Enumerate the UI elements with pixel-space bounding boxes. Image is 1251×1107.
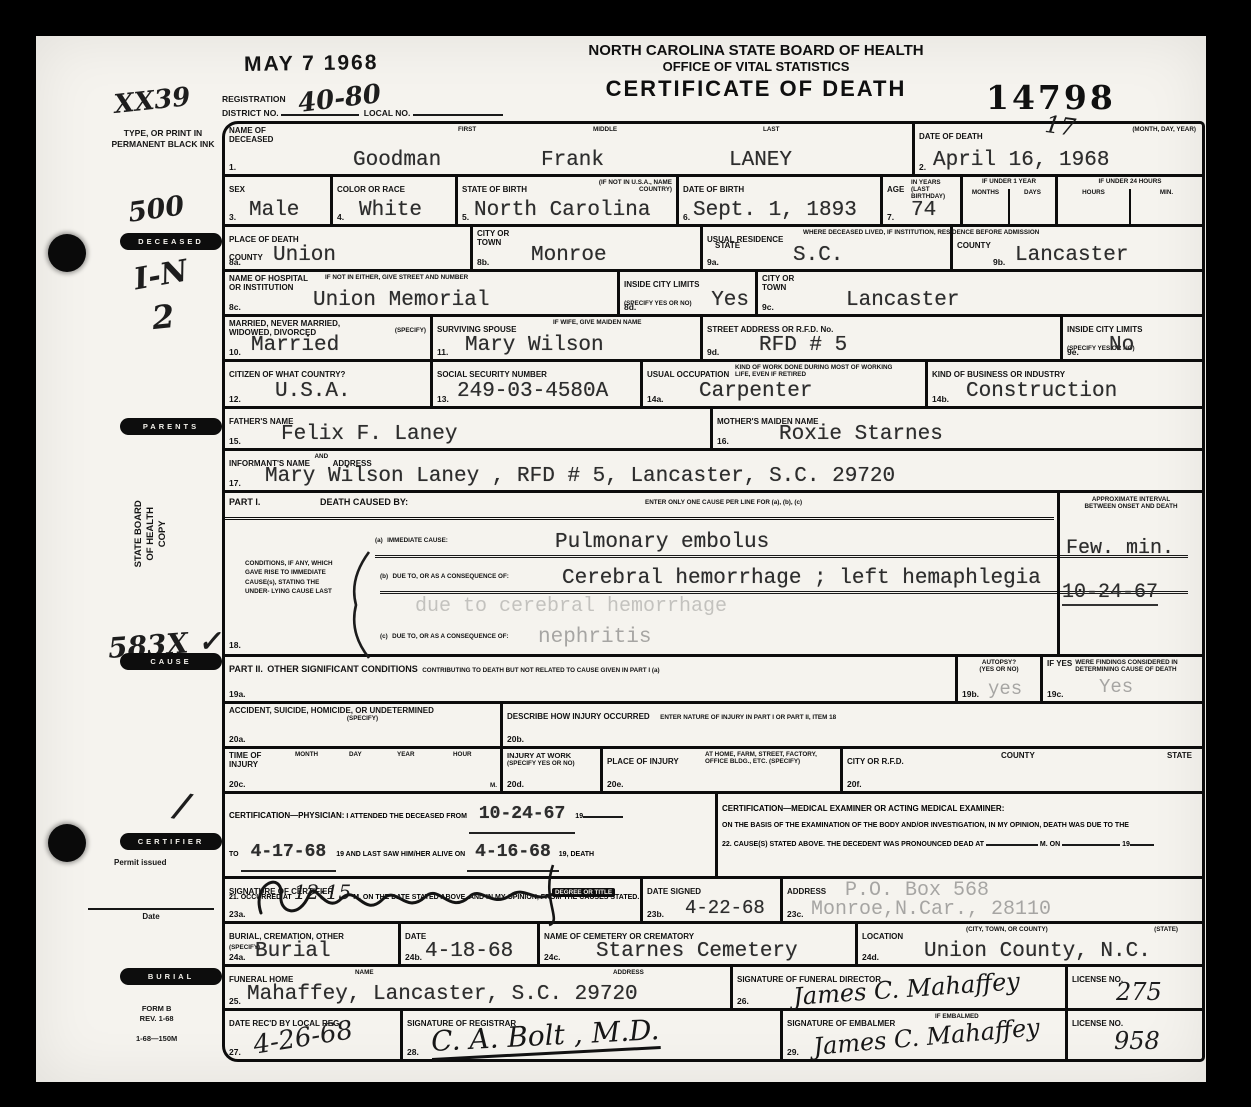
field-other-conditions: PART II. OTHER SIGNIFICANT CONDITIONS CO… [225, 657, 958, 701]
field-surviving-spouse: SURVIVING SPOUSE IF WIFE, GIVE MAIDEN NA… [433, 317, 703, 359]
field-informant: INFORMANT'S NAME AND ADDRESS 17. Mary Wi… [225, 451, 1202, 490]
field-age: AGE IN YEARS (LAST BIRTHDAY) 7. 74 [883, 177, 963, 224]
row-signature: SIGNATURE OF CERTIFIER 23a. DEGREE OR TI… [225, 879, 1202, 924]
field-if-under-24-hours: IF UNDER 24 HOURS HOURS MIN. [1058, 177, 1202, 224]
value-interval-a: Few. min. [1066, 537, 1174, 560]
value-funeral-home: Mahaffey, Lancaster, S.C. 29720 [247, 983, 638, 1006]
value-embalmer-license: 958 [1114, 1027, 1160, 1055]
value-state-of-birth: North Carolina [474, 199, 650, 222]
field-name-of-deceased: NAME OF DECEASED FIRST MIDDLE LAST 1. Go… [225, 124, 915, 174]
row-sex-birth: SEX3. Male COLOR OR RACE4. White STATE O… [225, 177, 1202, 227]
field-registrar-signature: SIGNATURE OF REGISTRAR 28. C. A. Bolt , … [403, 1011, 783, 1059]
punch-hole-top [48, 234, 86, 272]
date-line-label: Date [88, 908, 214, 921]
value-race: White [359, 199, 422, 222]
value-residence-city: Lancaster [846, 289, 959, 312]
interval-column: APPROXIMATE INTERVAL BETWEEN ONSET AND D… [1057, 493, 1202, 654]
form-number: FORM BREV. 1-681-68—150M [136, 1004, 177, 1045]
field-funeral-director-signature: SIGNATURE OF FUNERAL DIRECTOR 26. James … [733, 967, 1068, 1008]
field-residence-county: COUNTY 9b. Lancaster [953, 227, 1202, 269]
row-registrar: DATE REC'D BY LOCAL REG. 27. 4-26-68 SIG… [225, 1011, 1202, 1059]
field-occupation: USUAL OCCUPATION KIND OF WORK DONE DURIN… [643, 362, 928, 406]
value-director-license: 275 [1116, 978, 1162, 1006]
value-death-city: Monroe [531, 244, 607, 267]
org-name: NORTH CAROLINA STATE BOARD OF HEALTH [506, 42, 1006, 59]
value-residence-county: Lancaster [1015, 244, 1128, 267]
value-citizen: U.S.A. [275, 380, 351, 403]
value-last-name: LANEY [729, 149, 792, 172]
document-title-block: NORTH CAROLINA STATE BOARD OF HEALTH OFF… [506, 42, 1006, 102]
value-father-name: Felix F. Laney [281, 423, 457, 446]
row-funeral-home: FUNERAL HOME NAME ADDRESS 25. Mahaffey, … [225, 967, 1202, 1011]
field-certifier-address: ADDRESS 23c. P.O. Box 568 Monroe,N.Car.,… [783, 879, 1202, 921]
row-accident: ACCIDENT, SUICIDE, HOMICIDE, OR UNDETERM… [225, 704, 1202, 749]
handwritten-2: 2 [150, 297, 176, 337]
office-name: OFFICE OF VITAL STATISTICS [506, 59, 1006, 74]
value-cemetery: Starnes Cemetery [596, 940, 798, 963]
field-director-license: LICENSE NO. 275 [1068, 967, 1202, 1008]
row-burial: BURIAL, CREMATION, OTHER (SPECIFY) 24a. … [225, 924, 1202, 967]
value-certifier-address-2: Monroe,N.Car., 28110 [811, 898, 1051, 921]
value-burial-date: 4-18-68 [425, 940, 513, 963]
handwritten-xx39: XX39 [113, 82, 192, 120]
value-informant: Mary Wilson Laney , RFD # 5, Lancaster, … [265, 465, 895, 488]
value-date-of-death: April 16, 1968 [933, 149, 1109, 172]
field-race: COLOR OR RACE4. White [333, 177, 458, 224]
value-date-of-birth: Sept. 1, 1893 [693, 199, 857, 222]
field-injury-at-work: INJURY AT WORK (SPECIFY YES OR NO) 20d. [503, 749, 603, 791]
field-state-of-birth: STATE OF BIRTH (IF NOT IN U.S.A., NAME C… [458, 177, 679, 224]
field-findings-considered: IF YES WERE FINDINGS CONSIDERED IN DETER… [1043, 657, 1202, 701]
value-death-county: Union [273, 244, 336, 267]
field-date-received: DATE REC'D BY LOCAL REG. 27. 4-26-68 [225, 1011, 403, 1059]
value-cause-b: Cerebral hemorrhage ; left hemaphlegia [562, 567, 1041, 590]
part1-header: PART I. DEATH CAUSED BY: ENTER ONLY ONE … [225, 493, 1054, 520]
field-residence-state: USUAL RESIDENCE WHERE DECEASED LIVED, IF… [703, 227, 953, 269]
field-father-name: FATHER'S NAME 15. Felix F. Laney [225, 409, 713, 448]
field-injury-city: CITY OR R.F.D. COUNTY STATE 20f. [843, 749, 1202, 791]
field-burial-type: BURIAL, CREMATION, OTHER (SPECIFY) 24a. … [225, 924, 401, 964]
row-parents: FATHER'S NAME 15. Felix F. Laney MOTHER'… [225, 409, 1202, 451]
value-findings: Yes [1099, 676, 1133, 698]
field-ssn: SOCIAL SECURITY NUMBER 13. 249-03-4580A [433, 362, 643, 406]
field-accident-type: ACCIDENT, SUICIDE, HOMICIDE, OR UNDETERM… [225, 704, 503, 746]
field-cemetery: NAME OF CEMETERY OR CREMATORY 24c. Starn… [540, 924, 858, 964]
value-residence-state: S.C. [793, 244, 843, 267]
field-burial-date: DATE 24b. 4-18-68 [401, 924, 540, 964]
field-inside-city-limits-death: INSIDE CITY LIMITS (SPECIFY YES OR NO) 8… [620, 272, 758, 314]
value-surviving-spouse: Mary Wilson [465, 334, 604, 357]
field-place-of-death-county: PLACE OF DEATH COUNTY 8a. Union [225, 227, 473, 269]
handwritten-day-correction: 17 [1043, 110, 1077, 142]
field-if-under-1-year: IF UNDER 1 YEAR MONTHS DAYS [963, 177, 1058, 224]
field-injury-description: DESCRIBE HOW INJURY OCCURRED ENTER NATUR… [503, 704, 1202, 746]
tab-certifier: CERTIFIER [120, 833, 222, 850]
value-industry: Construction [966, 380, 1117, 403]
tab-burial: BURIAL [120, 968, 222, 985]
value-inside-city-limits-residence: No [1109, 334, 1134, 357]
value-mother-name: Roxie Starnes [779, 423, 943, 446]
field-embalmer-license: LICENSE NO. 958 [1068, 1011, 1202, 1059]
row-marital: MARRIED, NEVER MARRIED, WIDOWED, DIVORCE… [225, 317, 1202, 362]
value-autopsy: yes [988, 678, 1022, 700]
value-sex: Male [249, 199, 299, 222]
tab-deceased: DECEASED [120, 233, 222, 250]
handwritten-500: 500 [126, 190, 186, 229]
field-embalmer-signature: SIGNATURE OF EMBALMER IF EMBALMED 29. Ja… [783, 1011, 1068, 1059]
brace-glyph [347, 549, 373, 661]
certificate-form: NAME OF DECEASED FIRST MIDDLE LAST 1. Go… [222, 121, 1205, 1062]
field-mother-name: MOTHER'S MAIDEN NAME 16. Roxie Starnes [713, 409, 1202, 448]
value-age: 74 [911, 199, 936, 222]
field-hospital: NAME OF HOSPITAL OR INSTITUTION IF NOT I… [225, 272, 620, 314]
field-certification-physician: CERTIFICATION—PHYSICIAN: I ATTENDED THE … [225, 794, 718, 876]
handwritten-in: I-N [131, 254, 190, 298]
value-attended-from: 10-24-67 [469, 796, 575, 834]
value-ssn: 249-03-4580A [457, 380, 608, 403]
value-immediate-cause: Pulmonary embolus [555, 531, 769, 554]
field-inside-city-limits-residence: INSIDE CITY LIMITS (SPECIFY YES OR NO) 9… [1063, 317, 1202, 359]
field-marital-status: MARRIED, NEVER MARRIED, WIDOWED, DIVORCE… [225, 317, 433, 359]
funeral-director-signature: James C. Mahaffey [792, 967, 1020, 1011]
field-residence-city: CITY OR TOWN 9c. Lancaster [758, 272, 1202, 314]
tab-cause: CAUSE [120, 653, 222, 670]
type-note: TYPE, OR PRINT IN PERMANENT BLACK INK [102, 128, 224, 150]
field-sex: SEX3. Male [225, 177, 333, 224]
value-last-seen: 4-16-68 [467, 834, 559, 872]
field-date-of-death: DATE OF DEATH (MONTH, DAY, YEAR) 2. Apri… [915, 124, 1202, 174]
tab-parents: PARENTS [120, 418, 222, 435]
field-industry: KIND OF BUSINESS OR INDUSTRY 14b. Constr… [928, 362, 1202, 406]
field-citizen: CITIZEN OF WHAT COUNTRY? 12. U.S.A. [225, 362, 433, 406]
copy-label: STATE BOARD OF HEALTH COPY [133, 479, 169, 589]
field-time-of-injury: TIME OF INJURY MONTH DAY YEAR HOUR 20c. … [225, 749, 503, 791]
value-attended-to: 4-17-68 [241, 834, 337, 872]
field-autopsy: AUTOPSY?(YES OR NO) 19b. yes [958, 657, 1043, 701]
value-hospital: Union Memorial [313, 289, 489, 312]
value-cause-c: nephritis [538, 626, 651, 649]
row-hospital: NAME OF HOSPITAL OR INSTITUTION IF NOT I… [225, 272, 1202, 317]
field-funeral-home: FUNERAL HOME NAME ADDRESS 25. Mahaffey, … [225, 967, 733, 1008]
field-street-address: STREET ADDRESS OR R.F.D. No. 9d. RFD # 5 [703, 317, 1063, 359]
row-injury-details: TIME OF INJURY MONTH DAY YEAR HOUR 20c. … [225, 749, 1202, 794]
value-burial-location: Union County, N.C. [924, 940, 1151, 963]
value-occupation: Carpenter [699, 380, 812, 403]
received-date-stamp: MAY 7 1968 [244, 51, 379, 77]
permit-issued-label: Permit issued [114, 858, 166, 867]
field-signature-of-certifier: SIGNATURE OF CERTIFIER 23a. [225, 879, 548, 921]
handwritten-slash: / [172, 785, 192, 827]
certificate-page: XX39 TYPE, OR PRINT IN PERMANENT BLACK I… [36, 36, 1206, 1082]
value-interval-b: 10-24-67 [1062, 581, 1158, 606]
value-middle-name: Frank [541, 149, 604, 172]
conditions-note: CONDITIONS, IF ANY, WHICH GAVE RISE TO I… [245, 559, 341, 597]
value-marital-status: Married [251, 334, 339, 357]
doc-title: CERTIFICATE OF DEATH [506, 76, 1006, 102]
row-informant: INFORMANT'S NAME AND ADDRESS 17. Mary Wi… [225, 451, 1202, 493]
value-date-signed: 4-22-68 [685, 897, 765, 919]
value-inside-city-limits-death: Yes [711, 289, 749, 312]
row-citizen: CITIZEN OF WHAT COUNTRY? 12. U.S.A. SOCI… [225, 362, 1202, 409]
section-part1-causes: PART I. DEATH CAUSED BY: ENTER ONLY ONE … [225, 493, 1202, 657]
field-date-signed: DATE SIGNED 23b. 4-22-68 [643, 879, 783, 921]
field-certification-medical-examiner: CERTIFICATION—MEDICAL EXAMINER OR ACTING… [718, 794, 1202, 876]
field-degree-or-title: DEGREE OR TITLE [548, 879, 643, 921]
part1-main: PART I. DEATH CAUSED BY: ENTER ONLY ONE … [225, 493, 1202, 654]
row-place-residence: PLACE OF DEATH COUNTY 8a. Union CITY OR … [225, 227, 1202, 272]
field-place-of-injury: PLACE OF INJURY AT HOME, FARM, STREET, F… [603, 749, 843, 791]
ghost-cause-text: due to cerebral hemorrhage [415, 595, 727, 618]
row-certification: CERTIFICATION—PHYSICIAN: I ATTENDED THE … [225, 794, 1202, 879]
field-burial-location: LOCATION (CITY, TOWN, OR COUNTY) (STATE)… [858, 924, 1202, 964]
value-burial-type: Burial [255, 940, 331, 963]
field-place-of-death-city: CITY OR TOWN 8b. Monroe [473, 227, 703, 269]
row-part2: PART II. OTHER SIGNIFICANT CONDITIONS CO… [225, 657, 1202, 704]
field-date-of-birth: DATE OF BIRTH6. Sept. 1, 1893 [679, 177, 883, 224]
row-name: NAME OF DECEASED FIRST MIDDLE LAST 1. Go… [225, 124, 1202, 177]
value-street-address: RFD # 5 [759, 334, 847, 357]
value-first-name: Goodman [353, 149, 441, 172]
punch-hole-bottom [48, 824, 86, 862]
